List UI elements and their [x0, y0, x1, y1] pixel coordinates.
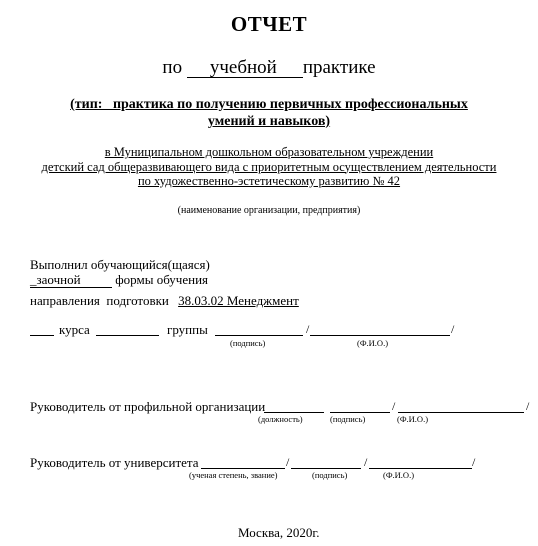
profile-position-blank[interactable]	[264, 412, 324, 413]
profile-supervisor-label: Руководитель от профильной организации	[30, 399, 265, 415]
organization-caption: (наименование организации, предприятия)	[0, 205, 538, 216]
profile-signature-blank[interactable]	[330, 412, 390, 413]
slash: /	[472, 455, 475, 470]
direction-value[interactable]: 38.03.02 Менеджмент	[178, 293, 299, 308]
organization-line1: в Муниципальном дошкольном образовательн…	[0, 145, 538, 160]
organization-line2: детский сад общеразвивающего вида с прио…	[0, 160, 538, 175]
group-label: группы	[167, 322, 208, 338]
student-signature-blank[interactable]	[215, 335, 303, 336]
slash: /	[451, 322, 454, 337]
subtitle-suffix: практике	[303, 57, 376, 78]
study-form-field[interactable]: _заочной	[30, 272, 112, 288]
slash: /	[286, 455, 289, 470]
slash: /	[526, 399, 529, 414]
direction-row: направления подготовки 38.03.02 Менеджме…	[30, 293, 299, 309]
student-name-blank[interactable]	[310, 335, 450, 336]
university-degree-blank[interactable]	[201, 468, 285, 469]
performed-by-label: Выполнил обучающийся(щаяся)	[30, 257, 210, 273]
university-name-blank[interactable]	[369, 468, 472, 469]
direction-label: направления подготовки	[30, 293, 169, 308]
practice-type-line1: (тип: практика по получению первичных пр…	[0, 96, 538, 113]
study-form-value: заочной	[37, 272, 81, 287]
university-degree-caption: (ученая степень, звание)	[189, 470, 277, 480]
course-label: курса	[59, 322, 90, 338]
subtitle-prefix: по	[162, 57, 182, 78]
university-supervisor-label: Руководитель от университета	[30, 455, 199, 471]
slash: /	[364, 455, 367, 470]
profile-signature-caption: (подпись)	[330, 414, 365, 424]
university-signature-blank[interactable]	[291, 468, 361, 469]
university-name-caption: (Ф.И.О.)	[383, 470, 414, 480]
document-title: ОТЧЕТ	[0, 12, 538, 37]
practice-type-line2: умений и навыков)	[0, 113, 538, 130]
slash: /	[392, 399, 395, 414]
student-name-caption: (Ф.И.О.)	[357, 338, 388, 348]
city-year: Москва, 2020г.	[238, 525, 320, 541]
profile-name-caption: (Ф.И.О.)	[397, 414, 428, 424]
university-signature-caption: (подпись)	[312, 470, 347, 480]
course-blank[interactable]	[30, 335, 54, 336]
profile-name-blank[interactable]	[398, 412, 524, 413]
study-form-suffix: формы обучения	[115, 272, 208, 287]
practice-subtitle: по учебнойпрактике	[0, 57, 538, 79]
student-signature-caption: (подпись)	[230, 338, 265, 348]
group-blank[interactable]	[96, 335, 159, 336]
practice-kind-field[interactable]: учебной	[187, 58, 303, 78]
organization-line3: по художественно-эстетическому развитию …	[0, 174, 538, 189]
study-form-row: _заочной формы обучения	[30, 272, 208, 288]
profile-position-caption: (должность)	[258, 414, 303, 424]
slash: /	[306, 322, 309, 337]
